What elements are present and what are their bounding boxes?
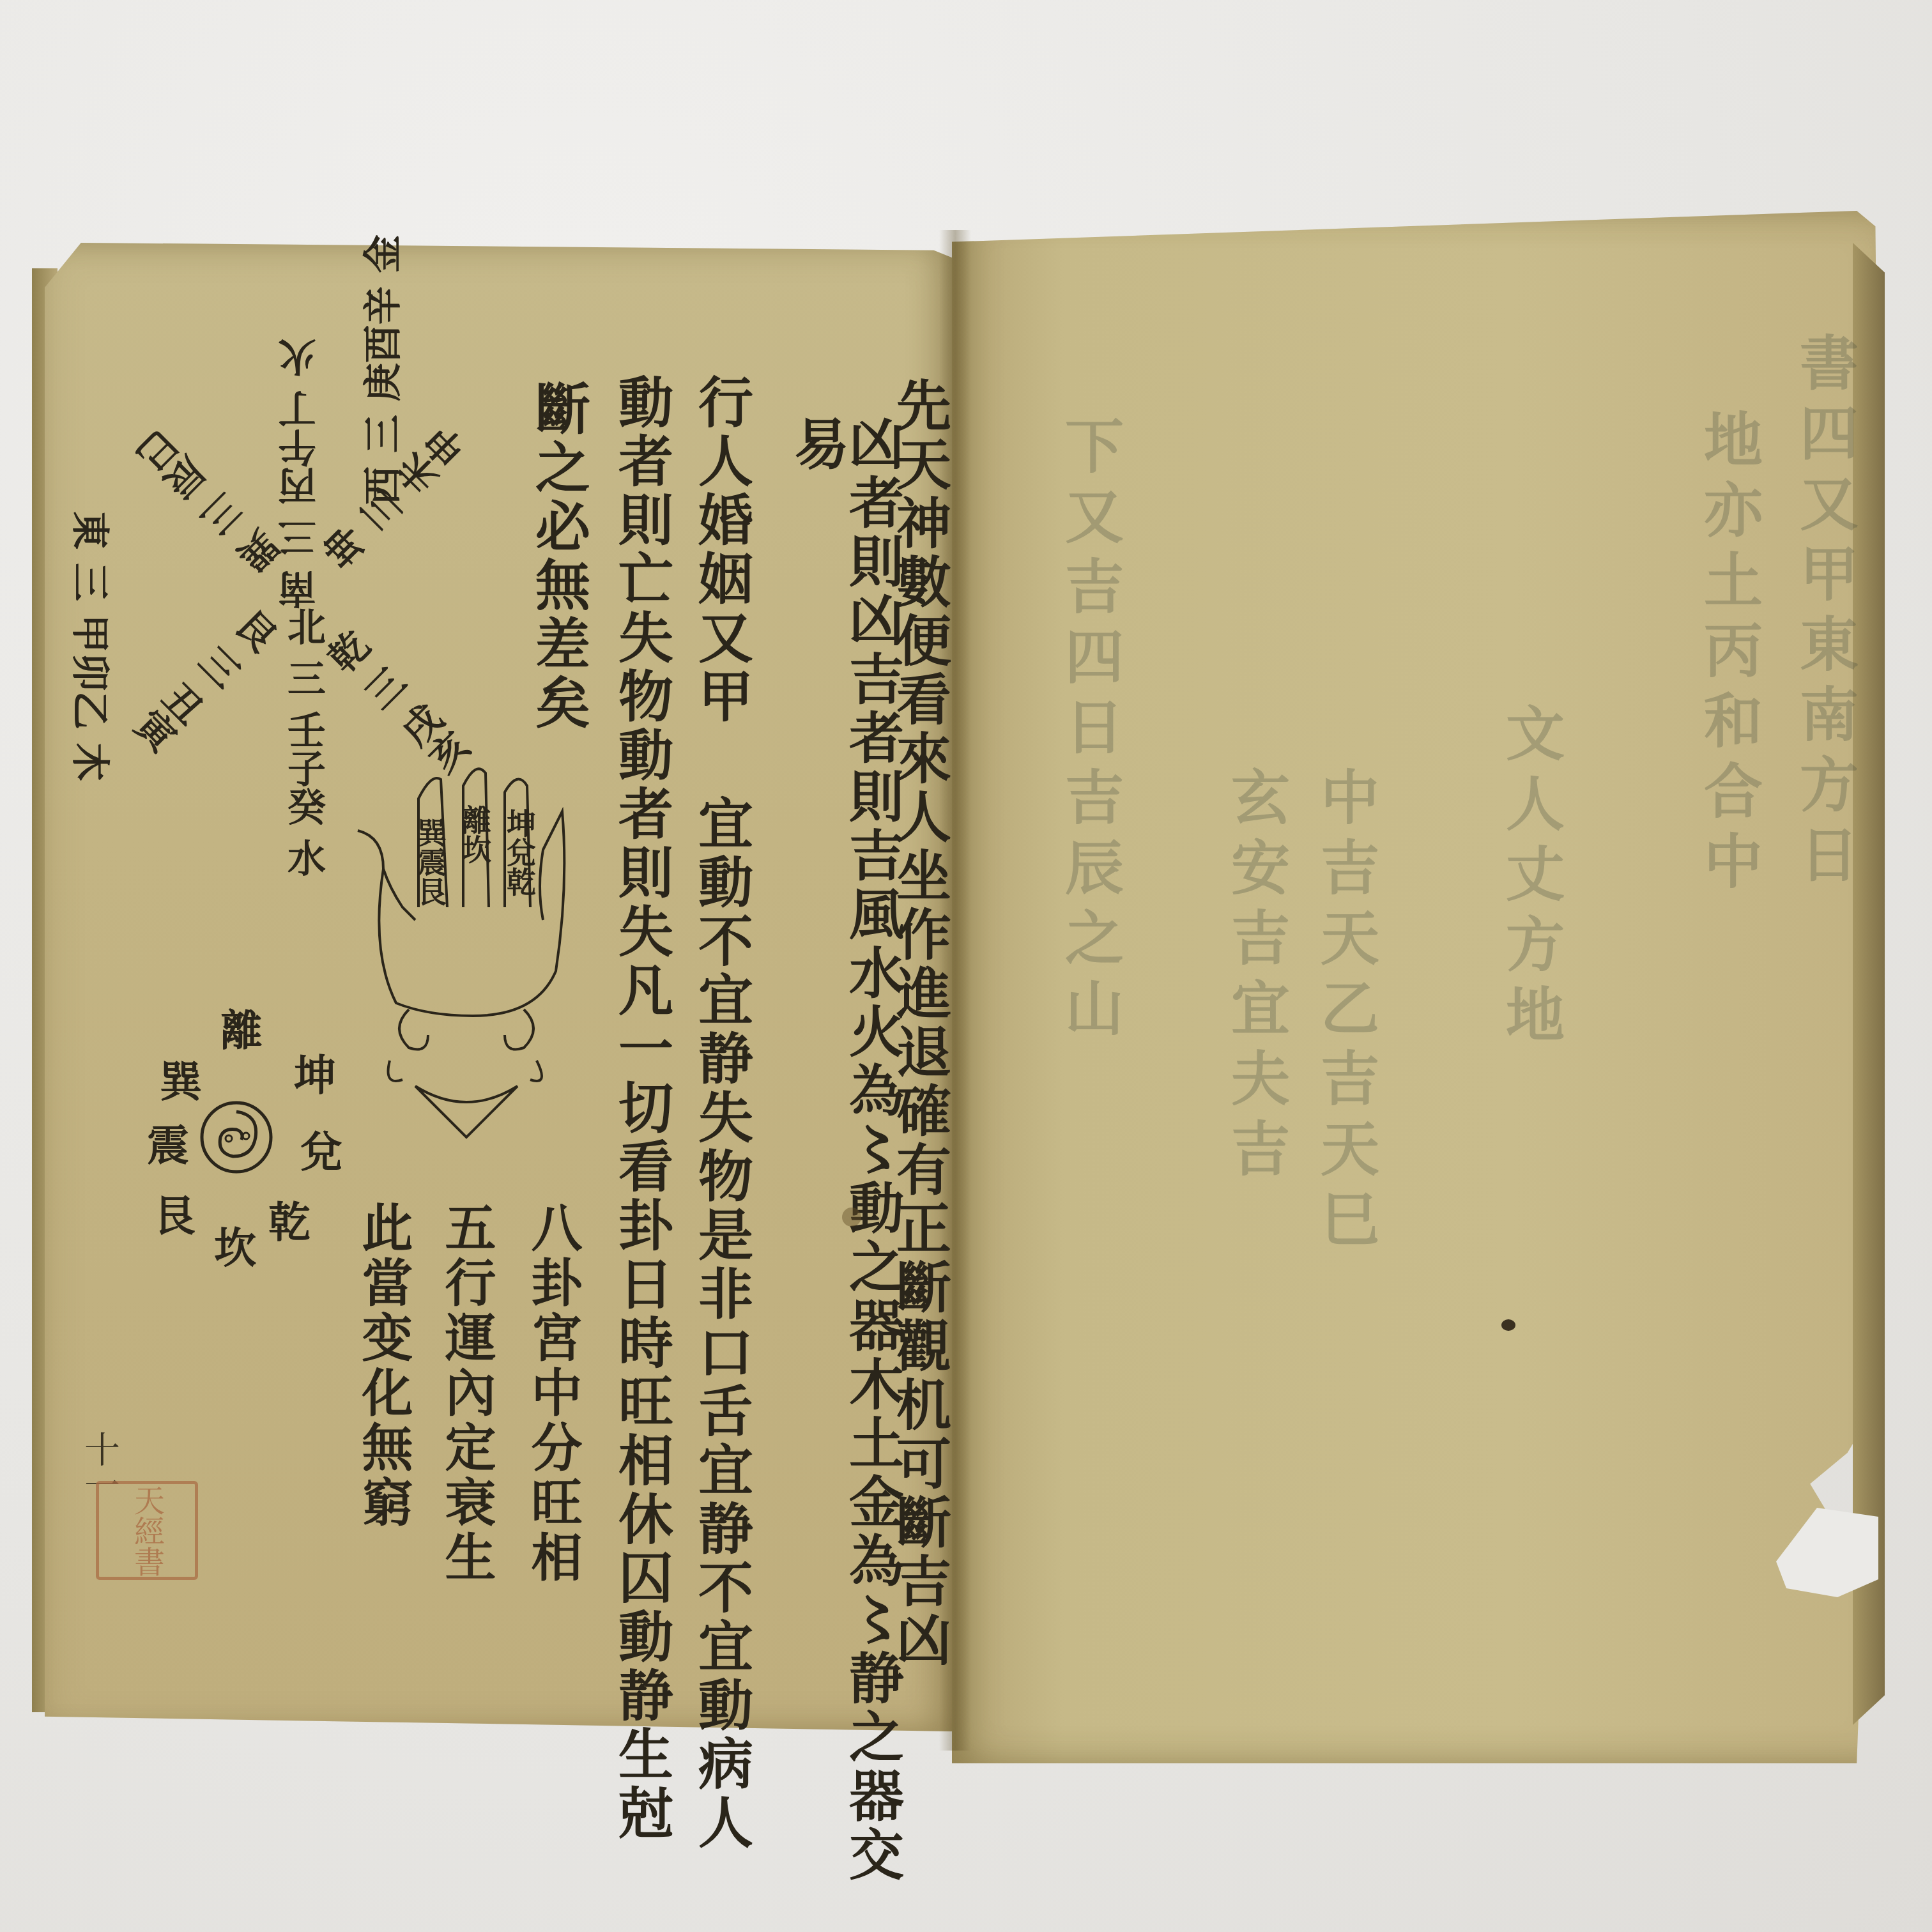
bleed-through-column-6: 下又吉四日吉辰之山 [1048, 415, 1132, 1048]
bleed-through-column-1: 書四又甲東南方日 [1782, 332, 1867, 894]
bleed-through-column-4: 中吉天乙吉天巳 [1303, 767, 1388, 1259]
finger-label-ring: 坤兌乾 [498, 808, 540, 896]
finger-label-index: 巽震艮 [409, 818, 451, 906]
main-text-column-3: 行人婚姻又甲 宜動不宜静失物是非口舌宜静不宜動病人 [693, 374, 748, 1853]
trigram-bottom-right: 乾 [268, 1188, 310, 1249]
bleed-through-column-5: 玄安吉宜夫吉 [1214, 767, 1298, 1188]
red-seal-stamp: 天經書 [96, 1481, 198, 1580]
main-text-column-4: 動者則亡失物動者則失凡一切看卦日時旺相休囚動静生尅 [613, 374, 668, 1843]
finger-label-middle: 離坎 [454, 805, 496, 864]
trigram-top-left: 巽 [160, 1048, 202, 1108]
compass-label-east: 東 三 甲卯乙 木 [70, 511, 109, 781]
trigram-top-right: 坤 [294, 1041, 336, 1102]
verse-line-3: 此當变化無窮 [358, 1201, 409, 1531]
bleed-through-column-3: 文人丈方地 [1489, 703, 1573, 1054]
compass-label-south: 南 三 丙午丁 火 [281, 339, 319, 609]
trigram-left: 震 [147, 1112, 189, 1172]
paper-wormhole [1501, 1319, 1515, 1331]
trigram-bottom: 坎 [214, 1214, 256, 1275]
verse-line-2: 五行運內定衰生 [441, 1201, 492, 1586]
verse-line-1: 八卦宮中分旺相 [527, 1201, 578, 1586]
paper-stain [842, 1207, 861, 1227]
trigram-top: 離 [220, 997, 263, 1057]
compass-label-north: 北 三 壬子癸 水 [284, 607, 323, 877]
main-text-column-5: 斷之必無差矣 [530, 380, 585, 733]
main-text-column-2: 凶者則凶吉者則吉風水火為〻動之器木土金為〻静之器交易 [789, 415, 899, 1932]
compass-label-west: 西 三 庚酉辛 金 [364, 234, 402, 505]
taiji-yin-yang-icon [198, 1099, 275, 1176]
bleed-through-column-2: 地亦土丙和合中 [1687, 409, 1771, 901]
trigram-right: 兌 [300, 1118, 342, 1179]
trigram-bottom-left: 艮 [153, 1182, 195, 1243]
